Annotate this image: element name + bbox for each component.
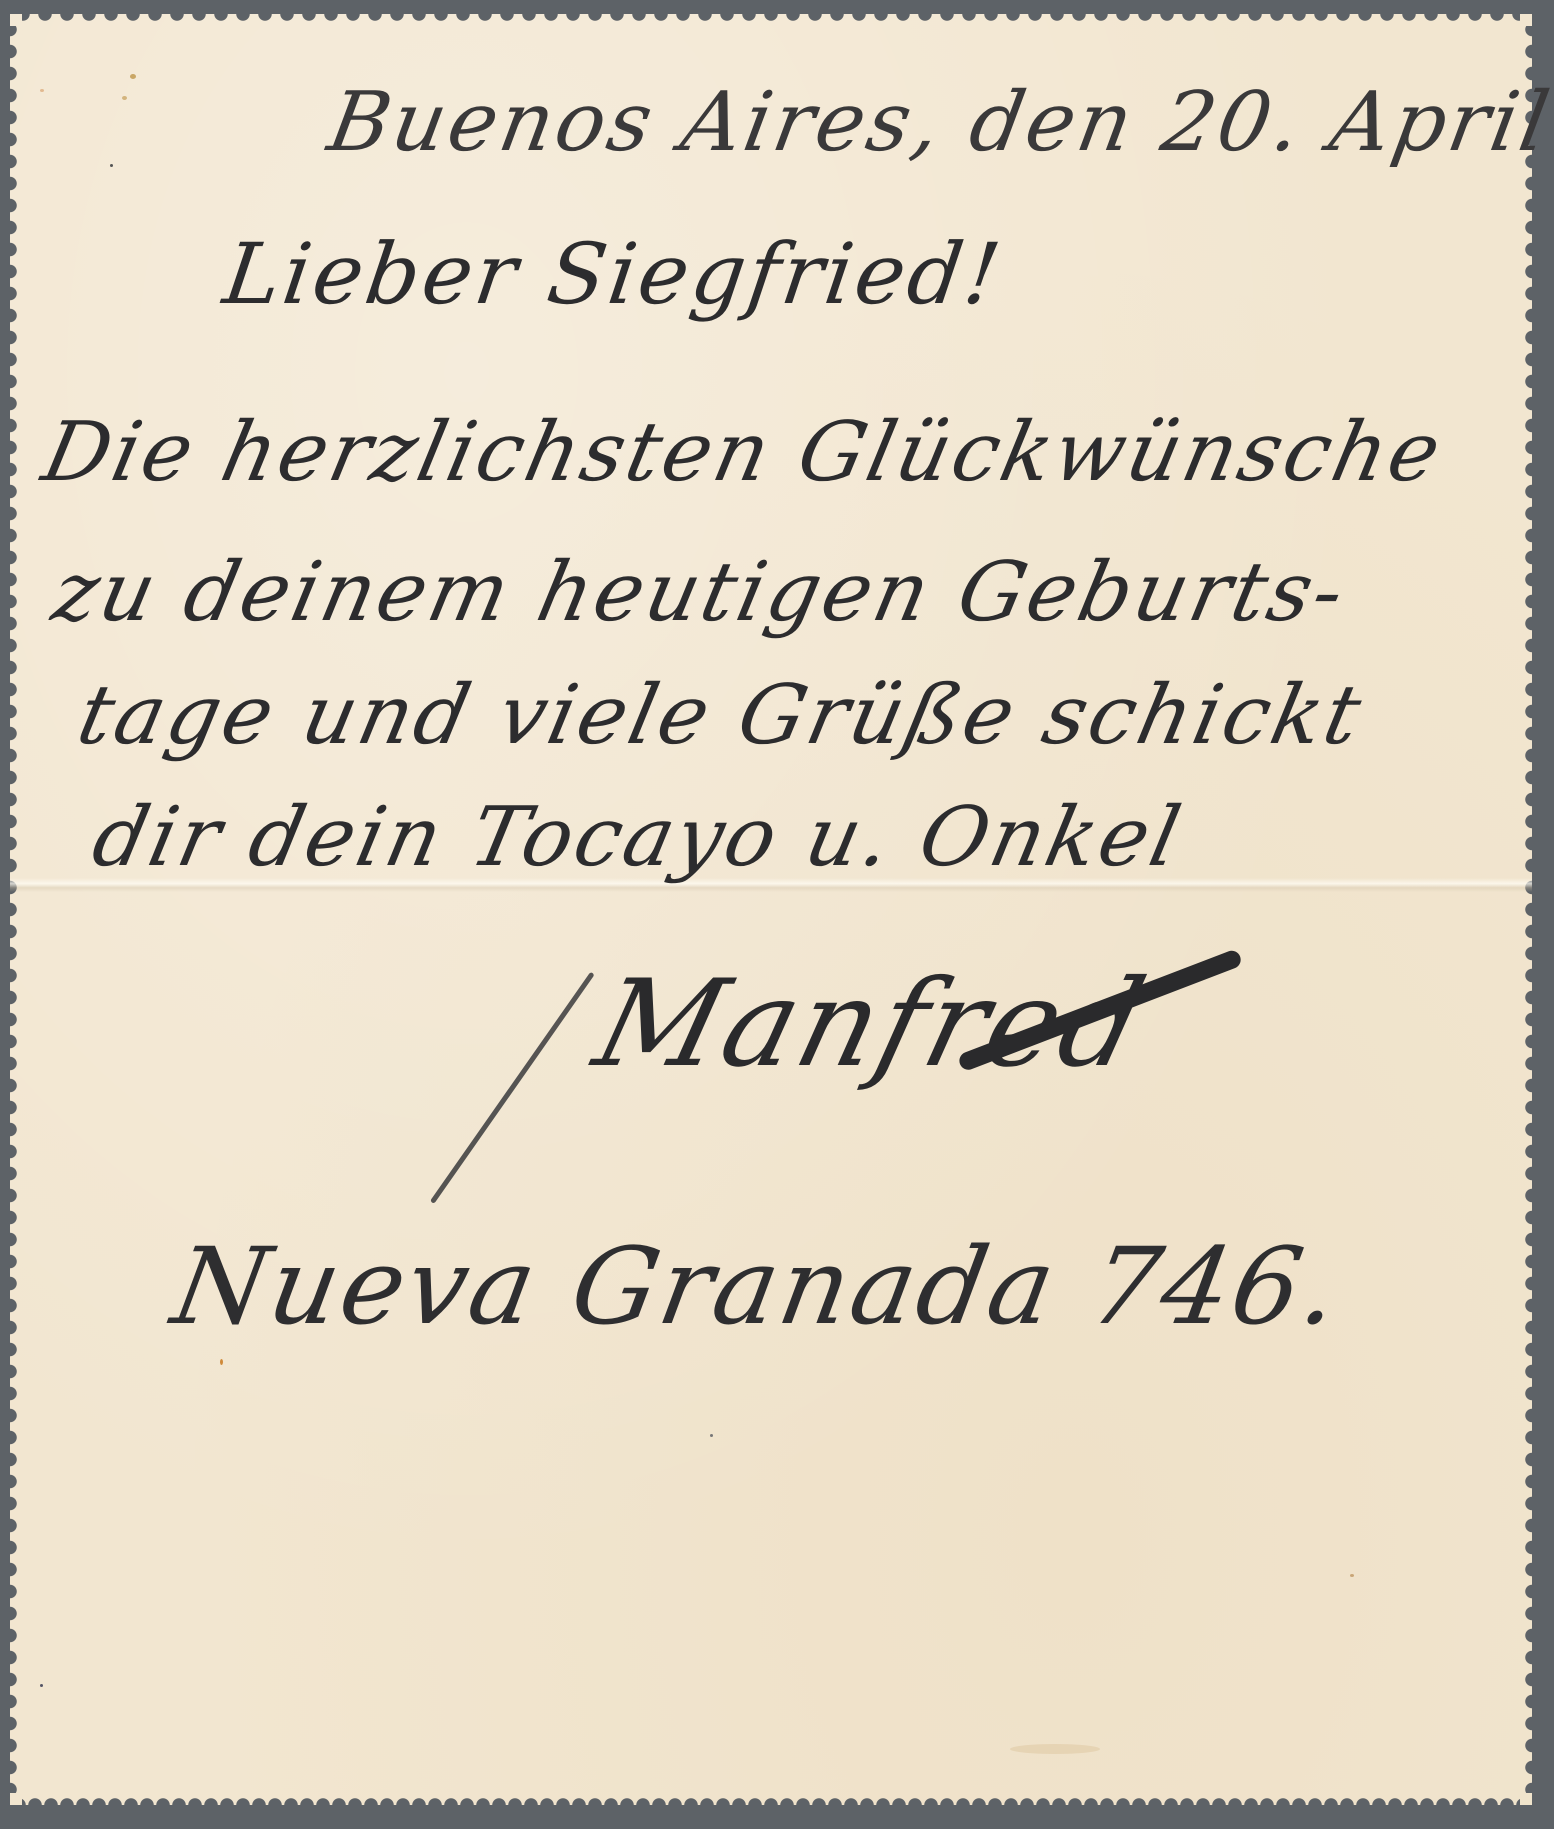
letter-body-line: Die herzlichsten Glückwünsche: [35, 405, 1451, 500]
paper-speckle: [110, 164, 113, 167]
letter-dateline: Buenos Aires, den 20. April 1908.: [322, 75, 1554, 170]
paper-speckle: [130, 74, 136, 79]
letter-body-line: tage und viele Grüße schickt: [70, 668, 1372, 763]
paper-speckle: [220, 1359, 223, 1365]
paper-speckle: [122, 96, 127, 100]
paper-speckle: [40, 1684, 43, 1687]
paper-speckle: [40, 89, 44, 92]
paper-speckle: [1010, 1744, 1100, 1754]
paper-speckle: [1350, 1574, 1354, 1577]
paper-speckle: [710, 1434, 713, 1437]
scanned-letter-card: Buenos Aires, den 20. April 1908. Lieber…: [0, 0, 1554, 1829]
sender-address: Nueva Granada 746.: [164, 1225, 1351, 1348]
letter-body-line: dir dein Tocayo u. Onkel: [85, 790, 1191, 885]
letter-body-line: zu deinem heutigen Geburts-: [45, 545, 1355, 640]
letter-salutation: Lieber Siegfried!: [218, 225, 1009, 323]
